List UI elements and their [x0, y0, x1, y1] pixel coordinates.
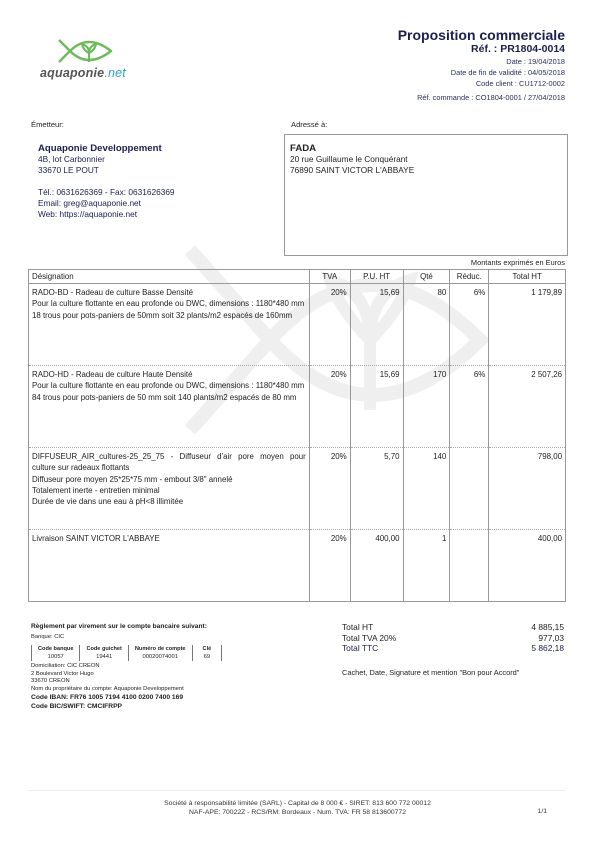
bic: Code BIC/SWIFT: CMCIFRPP: [31, 702, 222, 711]
item-description-line: DIFFUSEUR_AIR_cultures-25_25_75 - Diffus…: [32, 451, 306, 474]
sender-name: Aquaponie Developpement: [38, 143, 175, 154]
total-tva-value: 977,03: [538, 633, 564, 644]
item-tva: 20%: [309, 366, 350, 448]
logo-tld: .net: [104, 66, 126, 80]
col-designation: Désignation: [29, 270, 310, 284]
client-code: Code client : CU1712-0002: [476, 79, 565, 88]
totals-block: Total HT 4 885,15 Total TVA 20% 977,03 T…: [342, 622, 564, 654]
item-description-line: RADO-BD - Radeau de culture Basse Densit…: [32, 287, 306, 298]
total-ht-label: Total HT: [342, 622, 373, 633]
footer-divider: [28, 790, 566, 791]
iban: Code IBAN: FR76 1005 7194 4100 0200 7400…: [31, 693, 222, 702]
total-ttc-row: Total TTC 5 862,18: [342, 643, 564, 654]
document-ref: Réf. : PR1804-0014: [471, 43, 565, 55]
document-date: Date : 19/04/2018: [506, 57, 565, 66]
table-row: RADO-BD - Radeau de culture Basse Densit…: [29, 284, 566, 366]
total-ttc-value: 5 862,18: [531, 643, 564, 654]
total-tva-row: Total TVA 20% 977,03: [342, 633, 564, 644]
validity-date: Date de fin de validité : 04/05/2018: [451, 68, 565, 77]
branch-code-label: Code guichet: [80, 645, 128, 653]
table-row: RADO-HD - Radeau de culture Haute Densit…: [29, 366, 566, 448]
company-logo: aquaponie.net: [40, 36, 140, 86]
account-number-value: 00020074001: [128, 653, 192, 661]
logo-word: aquaponie: [40, 66, 104, 80]
item-description-line: Durée de vie dans une eau à pH<8 illimit…: [32, 496, 306, 507]
payment-title: Règlement par virement sur le compte ban…: [31, 623, 222, 631]
page-number: 1/1: [538, 808, 547, 815]
bank-code-label: Code banque: [32, 645, 80, 653]
item-description-line: 84 trous pour pots-paniers de 50 mm soit…: [32, 392, 306, 403]
col-tva: TVA: [309, 270, 350, 284]
item-tva: 20%: [309, 448, 350, 530]
item-description-line: Livraison SAINT VICTOR L'ABBAYE: [32, 533, 306, 544]
col-unit-price: P.U. HT: [350, 270, 403, 284]
total-tva-label: Total TVA 20%: [342, 633, 396, 644]
total-ht-row: Total HT 4 885,15: [342, 622, 564, 633]
bank-address-1: 2 Boulevard Victor Hugo: [31, 671, 222, 679]
item-description: RADO-BD - Radeau de culture Basse Densit…: [29, 284, 310, 366]
order-ref: Réf. commande : CO1804-0001 / 27/04/2018: [417, 93, 565, 102]
signature-note: Cachet, Date, Signature et mention "Bon …: [342, 668, 519, 677]
footer-line-1: Société à responsabilité limitée (SARL) …: [0, 799, 595, 808]
account-number-label: Numéro de compte: [128, 645, 192, 653]
item-quantity: 1: [403, 530, 450, 602]
item-description-line: 18 trous pour pots-paniers de 50mm soit …: [32, 310, 306, 321]
item-quantity: 170: [403, 366, 450, 448]
item-description-line: Pour la culture flottante en eau profond…: [32, 380, 306, 391]
sender-email[interactable]: Email: greg@aquaponie.net: [38, 198, 175, 209]
domiciliation: Domiciliation: CIC CREON: [31, 663, 222, 671]
fish-sprout-icon: [56, 36, 116, 66]
bank-code-value: 10057: [32, 653, 80, 661]
total-ht-value: 4 885,15: [531, 622, 564, 633]
recipient-name: FADA: [290, 143, 414, 154]
item-discount: 6%: [450, 366, 489, 448]
item-tva: 20%: [309, 284, 350, 366]
item-discount: 6%: [450, 284, 489, 366]
item-unit-price: 5,70: [350, 448, 403, 530]
item-description-line: Pour la culture flottante en eau profond…: [32, 298, 306, 309]
key-value: 69: [192, 653, 222, 661]
sender-phone: Tél.: 0631626369 - Fax: 0631626369: [38, 187, 175, 198]
item-total: 2 507,26: [489, 366, 566, 448]
key-label: Clé: [192, 645, 222, 653]
item-quantity: 80: [403, 284, 450, 366]
col-quantity: Qté: [403, 270, 450, 284]
sender-block: Aquaponie Developpement 4B, lot Carbonni…: [38, 143, 175, 220]
item-unit-price: 15,69: [350, 366, 403, 448]
item-description-line: RADO-HD - Radeau de culture Haute Densit…: [32, 369, 306, 380]
payment-info: Règlement par virement sur le compte ban…: [31, 623, 222, 711]
col-total: Total HT: [489, 270, 566, 284]
bank-name: Banque: CIC: [31, 634, 222, 642]
table-row: DIFFUSEUR_AIR_cultures-25_25_75 - Diffus…: [29, 448, 566, 530]
footer-line-2: NAF-APE: 70022Z - RCS/RM: Bordeaux - Num…: [0, 808, 595, 817]
item-unit-price: 15,69: [350, 284, 403, 366]
currency-note: Montants exprimés en Euros: [471, 258, 565, 267]
item-description-line: Totalement inerte - entretien minimal: [32, 485, 306, 496]
item-description-line: Diffuseur pore moyen 25*25*75 mm - embou…: [32, 474, 306, 485]
col-discount: Réduc.: [450, 270, 489, 284]
branch-code-value: 19441: [80, 653, 128, 661]
item-total: 400,00: [489, 530, 566, 602]
recipient-block: FADA 20 rue Guillaume le Conquérant 7689…: [290, 143, 414, 176]
document-title: Proposition commerciale: [398, 27, 565, 43]
footer: Société à responsabilité limitée (SARL) …: [0, 799, 595, 817]
total-ttc-label: Total TTC: [342, 643, 378, 654]
item-total: 798,00: [489, 448, 566, 530]
recipient-address-2: 76890 SAINT VICTOR L'ABBAYE: [290, 165, 414, 176]
table-header-row: Désignation TVA P.U. HT Qté Réduc. Total…: [29, 270, 566, 284]
sender-address-1: 4B, lot Carbonnier: [38, 154, 175, 165]
account-owner: Nom du propriétaire du compte: Aquaponie…: [31, 686, 222, 694]
bank-details-table: Code banque Code guichet Numéro de compt…: [31, 645, 222, 661]
item-discount: [450, 530, 489, 602]
item-discount: [450, 448, 489, 530]
sender-label: Émetteur:: [31, 120, 64, 129]
sender-web[interactable]: Web: https://aquaponie.net: [38, 209, 175, 220]
recipient-label: Adressé à:: [291, 120, 327, 129]
item-description: Livraison SAINT VICTOR L'ABBAYE: [29, 530, 310, 602]
table-row: Livraison SAINT VICTOR L'ABBAYE20%400,00…: [29, 530, 566, 602]
item-quantity: 140: [403, 448, 450, 530]
sender-address-2: 33670 LE POUT: [38, 165, 175, 176]
items-table: Désignation TVA P.U. HT Qté Réduc. Total…: [28, 269, 566, 602]
item-total: 1 179,89: [489, 284, 566, 366]
bank-address-2: 33670 CREON: [31, 678, 222, 686]
item-description: DIFFUSEUR_AIR_cultures-25_25_75 - Diffus…: [29, 448, 310, 530]
recipient-address-1: 20 rue Guillaume le Conquérant: [290, 154, 414, 165]
item-description: RADO-HD - Radeau de culture Haute Densit…: [29, 366, 310, 448]
item-tva: 20%: [309, 530, 350, 602]
item-unit-price: 400,00: [350, 530, 403, 602]
